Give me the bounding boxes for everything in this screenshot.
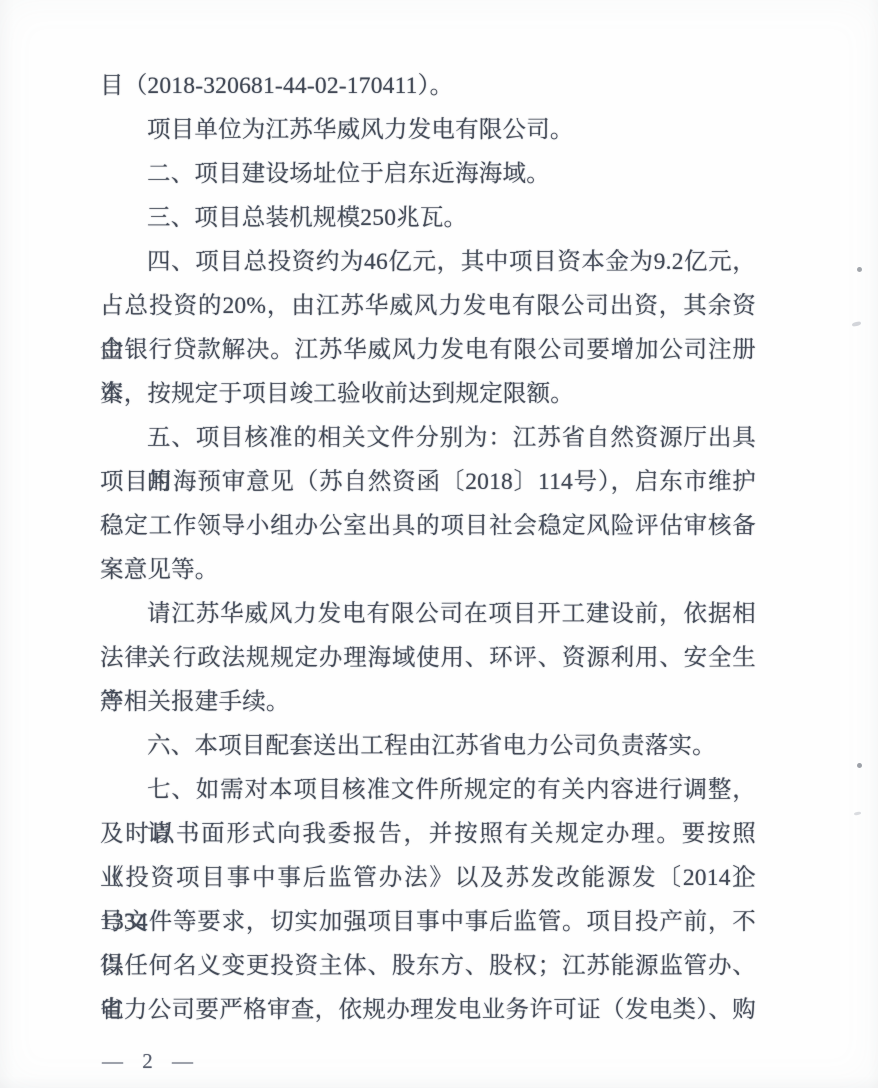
document-line: 电力公司要严格审查，依规办理发电业务许可证（发电类）、购 bbox=[100, 988, 756, 1032]
document-body: 目（2018-320681-44-02-170411）。 项目单位为江苏华威风力… bbox=[100, 64, 756, 1032]
document-line: 五、项目核准的相关文件分别为：江苏省自然资源厅出具的 bbox=[100, 416, 756, 460]
document-line: 项目用海预审意见（苏自然资函〔2018〕114号），启东市维护 bbox=[100, 460, 756, 504]
document-line: 请江苏华威风力发电有限公司在项目开工建设前，依据相关 bbox=[100, 592, 756, 636]
scan-speckle bbox=[854, 811, 861, 815]
document-line: 及时以书面形式向我委报告，并按照有关规定办理。要按照《企 bbox=[100, 812, 756, 856]
document-line: 四、项目总投资约为46亿元，其中项目资本金为9.2亿元， bbox=[100, 240, 756, 284]
document-line: 占总投资的20%，由江苏华威风力发电有限公司出资，其余资金 bbox=[100, 284, 756, 328]
scan-speckle bbox=[857, 267, 862, 272]
document-line: 法律、行政法规规定办理海域使用、环评、资源利用、安全生产 bbox=[100, 636, 756, 680]
document-line: 二、项目建设场址位于启东近海海域。 bbox=[100, 152, 756, 196]
document-line: 等相关报建手续。 bbox=[100, 680, 756, 724]
scanned-document-page: 目（2018-320681-44-02-170411）。 项目单位为江苏华威风力… bbox=[0, 0, 878, 1088]
document-line: 项目单位为江苏华威风力发电有限公司。 bbox=[100, 108, 756, 152]
document-line: 稳定工作领导小组办公室出具的项目社会稳定风险评估审核备 bbox=[100, 504, 756, 548]
document-line: 案意见等。 bbox=[100, 548, 756, 592]
scan-speckle bbox=[852, 321, 862, 327]
document-line: 号文件等要求，切实加强项目事中事后监管。项目投产前，不得 bbox=[100, 900, 756, 944]
document-line: 业投资项目事中事后监管办法》以及苏发改能源发〔2014〕1334 bbox=[100, 856, 756, 900]
document-line: 六、本项目配套送出工程由江苏省电力公司负责落实。 bbox=[100, 724, 756, 768]
document-line: 三、项目总装机规模250兆瓦。 bbox=[100, 196, 756, 240]
document-line: 以任何名义变更投资主体、股东方、股权；江苏能源监管办、省 bbox=[100, 944, 756, 988]
page-number: — 2 — bbox=[102, 1046, 200, 1076]
document-line: 目（2018-320681-44-02-170411）。 bbox=[100, 64, 756, 108]
document-line: 本，按规定于项目竣工验收前达到规定限额。 bbox=[100, 372, 756, 416]
document-line: 七、如需对本项目核准文件所规定的有关内容进行调整，请 bbox=[100, 768, 756, 812]
scan-speckle bbox=[857, 763, 862, 768]
document-line: 由银行贷款解决。江苏华威风力发电有限公司要增加公司注册资 bbox=[100, 328, 756, 372]
